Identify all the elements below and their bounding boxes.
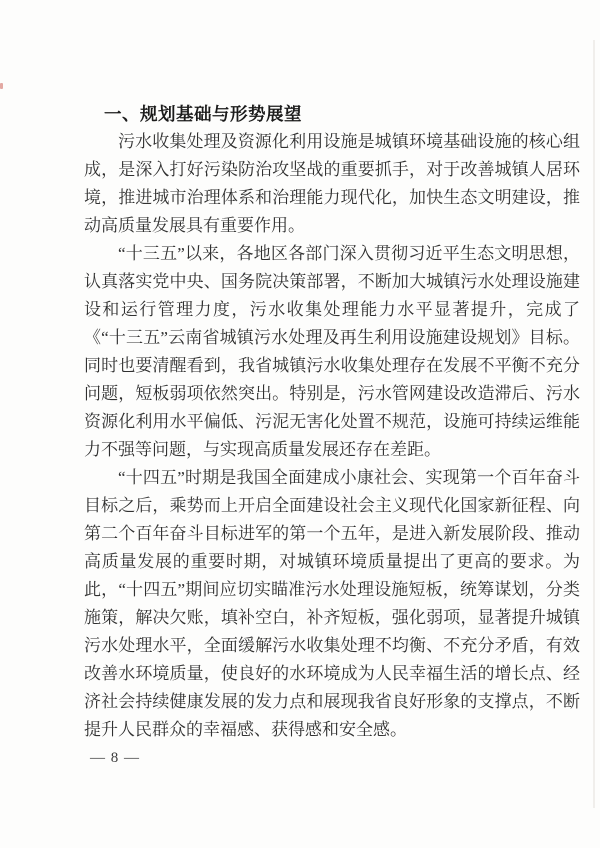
scan-artifact-mark [0,83,3,89]
paragraphs-container: 污水收集处理及资源化利用设施是城镇环境基础设施的核心组成，是深入打好污染防治攻坚… [84,128,580,744]
paragraph: “十四五”时期是我国全面建成小康社会、实现第一个百年奋斗目标之后，乘势而上开启全… [84,464,580,744]
document-page: 一、规划基础与形势展望 污水收集处理及资源化利用设施是城镇环境基础设施的核心组成… [0,0,600,848]
paragraph: 污水收集处理及资源化利用设施是城镇环境基础设施的核心组成，是深入打好污染防治攻坚… [84,128,580,240]
paragraph: “十三五”以来，各地区各部门深入贯彻习近平生态文明思想，认真落实党中央、国务院决… [84,240,580,464]
page-number: — 8 — [90,749,140,767]
document-content: 一、规划基础与形势展望 污水收集处理及资源化利用设施是城镇环境基础设施的核心组成… [84,100,580,744]
scan-edge-line [593,40,595,808]
section-heading: 一、规划基础与形势展望 [84,100,580,128]
